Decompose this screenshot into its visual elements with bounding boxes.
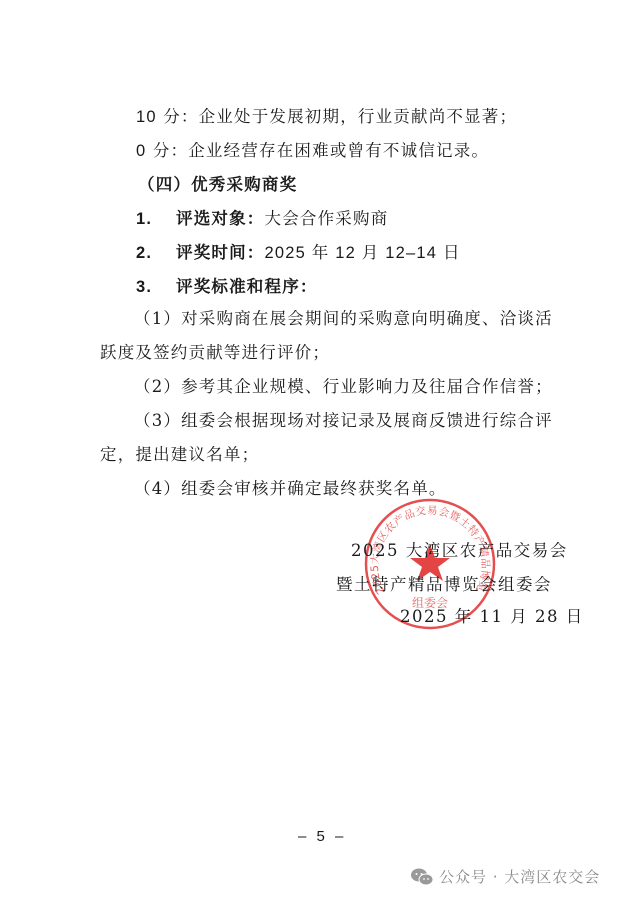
procedure-1-line1: （1）对采购商在展会期间的采购意向明确度、洽谈活 <box>134 308 553 330</box>
watermark-text: 公众号 · 大湾区农交会 <box>439 866 600 887</box>
signature-date: 2025 年 11 月 28 日 <box>400 606 584 628</box>
procedure-2: （2）参考其企业规模、行业影响力及往届合作信誉； <box>134 376 553 398</box>
procedure-3-line2: 定，提出建议名单； <box>100 444 259 466</box>
signature-org-line2: 暨土特产精品博览会组委会 <box>336 574 552 596</box>
score-line-0: 0 分：企业经营存在困难或曾有不诚信记录。 <box>136 140 489 162</box>
signature-org-line1: 2025 大湾区农产品交易会 <box>351 540 568 562</box>
wechat-icon <box>410 867 434 887</box>
page-number: – 5 – <box>298 828 346 845</box>
item-3: 3.评奖标准和程序： <box>136 276 318 298</box>
item-1: 1.评选对象：大会合作采购商 <box>136 208 388 230</box>
watermark: 公众号 · 大湾区农交会 <box>410 866 600 887</box>
section-heading: （四）优秀采购商奖 <box>138 174 297 196</box>
procedure-3-line1: （3）组委会根据现场对接记录及展商反馈进行综合评 <box>134 410 553 432</box>
procedure-1-line2: 跃度及签约贡献等进行评价； <box>100 342 330 364</box>
item-2: 2.评奖时间：2025 年 12 月 12–14 日 <box>136 242 461 264</box>
score-line-10: 10 分：企业处于发展初期，行业贡献尚不显著； <box>136 106 517 128</box>
